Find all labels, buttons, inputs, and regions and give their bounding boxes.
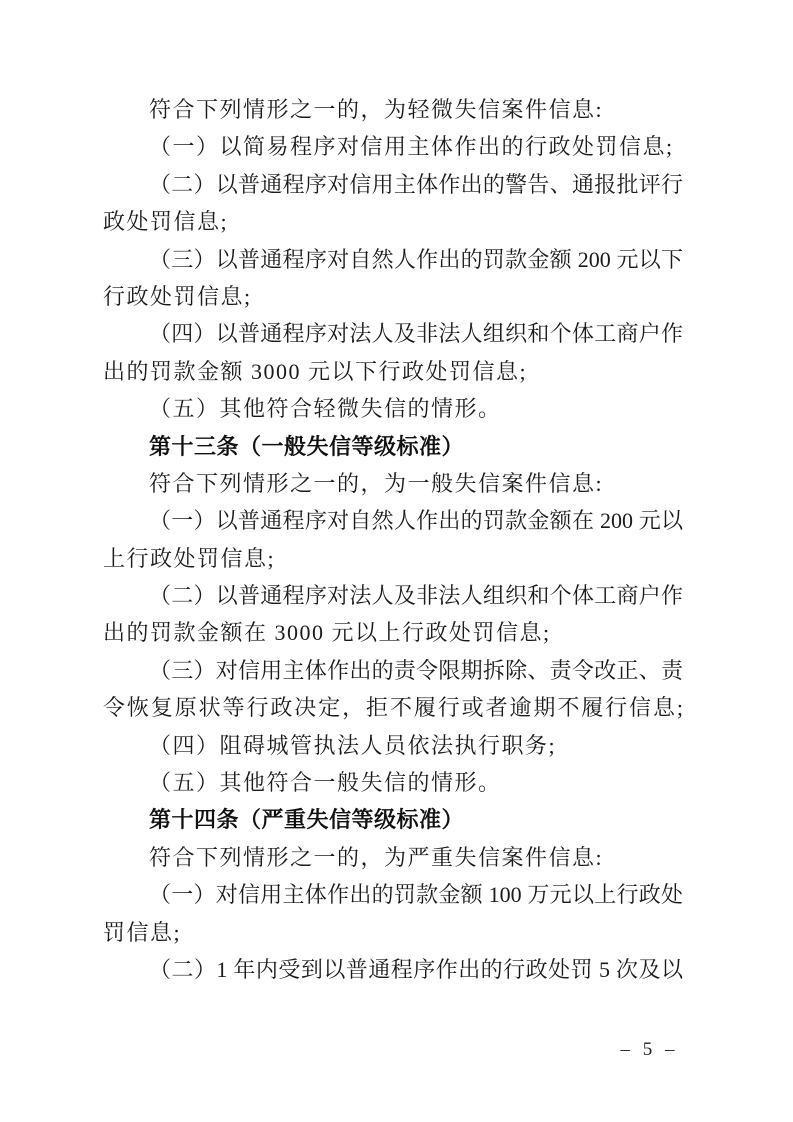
- text-line-general-item-3b: 令恢复原状等行政决定，拒不履行或者逾期不履行信息;: [103, 689, 683, 726]
- text-line-light-item-4a: （四）以普通程序对法人及非法人组织和个体工商户作: [103, 315, 683, 352]
- text-line-light-item-5: （五）其他符合轻微失信的情形。: [103, 390, 683, 427]
- text-line-intro-light: 符合下列情形之一的，为轻微失信案件信息:: [103, 91, 683, 128]
- text-line-general-item-2a: （二）以普通程序对法人及非法人组织和个体工商户作: [103, 577, 683, 614]
- text-line-light-item-3a: （三）以普通程序对自然人作出的罚款金额 200 元以下: [103, 241, 683, 278]
- text-line-intro-severe: 符合下列情形之一的，为严重失信案件信息:: [103, 839, 683, 876]
- text-line-general-item-5: （五）其他符合一般失信的情形。: [103, 764, 683, 801]
- text-line-general-item-1a: （一）以普通程序对自然人作出的罚款金额在 200 元以: [103, 502, 683, 539]
- text-line-light-item-1: （一）以简易程序对信用主体作出的行政处罚信息;: [103, 128, 683, 165]
- article-heading-14: 第十四条（严重失信等级标准）: [103, 801, 683, 838]
- article-heading-13: 第十三条（一般失信等级标准）: [103, 428, 683, 465]
- text-line-general-item-2b: 出的罚款金额在 3000 元以上行政处罚信息;: [103, 614, 683, 651]
- text-line-light-item-2a: （二）以普通程序对信用主体作出的警告、通报批评行: [103, 166, 683, 203]
- text-line-light-item-2b: 政处罚信息;: [103, 203, 683, 240]
- text-line-intro-general: 符合下列情形之一的，为一般失信案件信息:: [103, 465, 683, 502]
- document-page: 符合下列情形之一的，为轻微失信案件信息: （一）以简易程序对信用主体作出的行政处…: [0, 0, 793, 1122]
- page-number: – 5 –: [610, 1038, 686, 1062]
- text-line-general-item-4: （四）阻碍城管执法人员依法执行职务;: [103, 727, 683, 764]
- text-line-severe-item-2a: （二）1 年内受到以普通程序作出的行政处罚 5 次及以: [103, 951, 683, 988]
- text-line-general-item-3a: （三）对信用主体作出的责令限期拆除、责令改正、责: [103, 652, 683, 689]
- text-line-severe-item-1a: （一）对信用主体作出的罚款金额 100 万元以上行政处: [103, 876, 683, 913]
- text-line-light-item-3b: 行政处罚信息;: [103, 278, 683, 315]
- text-line-general-item-1b: 上行政处罚信息;: [103, 540, 683, 577]
- document-body: 符合下列情形之一的，为轻微失信案件信息: （一）以简易程序对信用主体作出的行政处…: [103, 91, 683, 988]
- text-line-light-item-4b: 出的罚款金额 3000 元以下行政处罚信息;: [103, 353, 683, 390]
- text-line-severe-item-1b: 罚信息;: [103, 914, 683, 951]
